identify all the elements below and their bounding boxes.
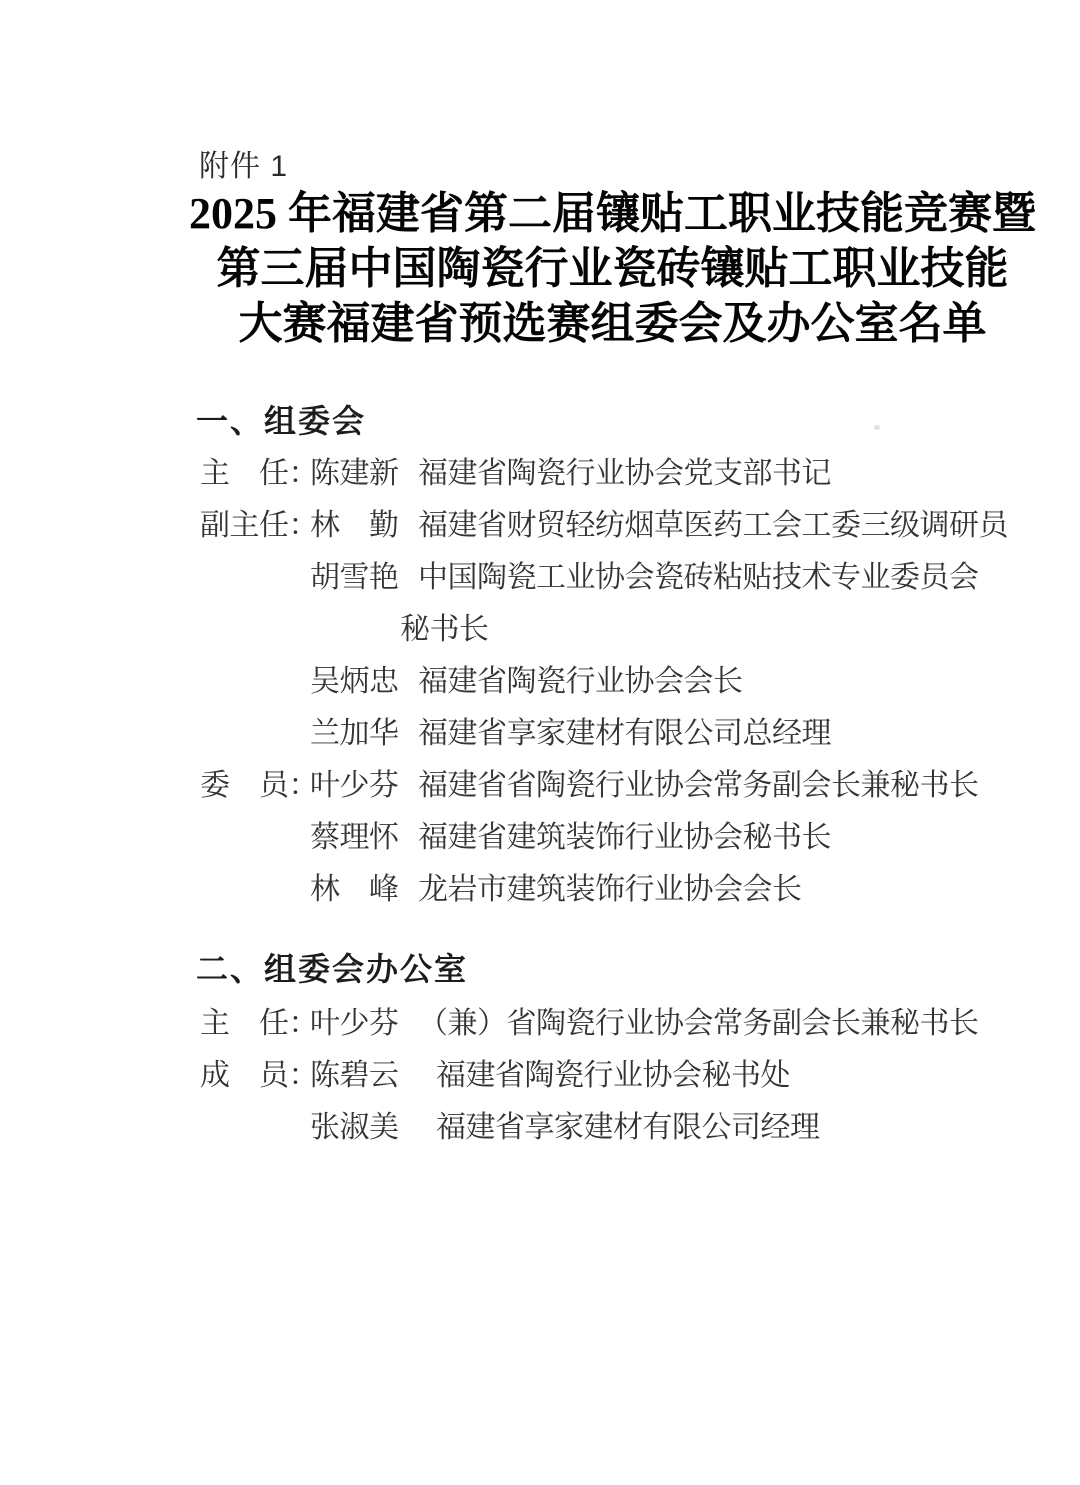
member-description: 中国陶瓷工业协会瓷砖粘贴技术专业委员会	[418, 552, 979, 596]
member-row: 吴炳忠 福建省陶瓷行业协会会长	[200, 656, 1060, 708]
role-label: 主 任：	[200, 448, 310, 492]
member-description: 福建省陶瓷行业协会会长	[418, 656, 743, 700]
document-title-line-1: 2025 年福建省第二届镶贴工职业技能竞赛暨	[185, 186, 1040, 241]
member-row: 林 峰 龙岩市建筑装饰行业协会会长	[200, 864, 1060, 916]
member-description: 福建省陶瓷行业协会秘书处	[436, 1050, 790, 1094]
member-name: 张淑美	[310, 1102, 436, 1146]
member-row: 主 任： 陈建新 福建省陶瓷行业协会党支部书记	[200, 448, 1060, 500]
member-description-continued: 秘书长	[400, 604, 489, 648]
member-row: 蔡理怀 福建省建筑装饰行业协会秘书长	[200, 812, 1060, 864]
member-name: 陈建新	[310, 448, 418, 492]
member-description: 福建省享家建材有限公司经理	[436, 1102, 820, 1146]
member-description: 福建省建筑装饰行业协会秘书长	[418, 812, 831, 856]
member-row: 主 任： 叶少芬 （兼）省陶瓷行业协会常务副会长兼秘书长	[200, 998, 1060, 1050]
attachment-label: 附件 1	[199, 141, 288, 185]
member-row: 胡雪艳 中国陶瓷工业协会瓷砖粘贴技术专业委员会	[200, 552, 1060, 604]
member-description: 龙岩市建筑装饰行业协会会长	[418, 864, 802, 908]
member-row: 委 员： 叶少芬 福建省省陶瓷行业协会常务副会长兼秘书长	[200, 760, 1060, 812]
document-page: 附件 1 2025 年福建省第二届镶贴工职业技能竞赛暨 第三届中国陶瓷行业瓷砖镶…	[0, 0, 1080, 1485]
member-row: 张淑美 福建省享家建材有限公司经理	[200, 1102, 1060, 1154]
member-description: （兼）省陶瓷行业协会常务副会长兼秘书长	[418, 998, 979, 1042]
member-description: 福建省享家建材有限公司总经理	[418, 708, 831, 752]
member-name: 蔡理怀	[310, 812, 418, 856]
member-row-continuation: 秘书长	[200, 604, 1060, 656]
document-title: 2025 年福建省第二届镶贴工职业技能竞赛暨 第三届中国陶瓷行业瓷砖镶贴工职业技…	[185, 186, 1040, 351]
role-label: 委 员：	[200, 760, 310, 804]
document-title-line-3: 大赛福建省预选赛组委会及办公室名单	[185, 296, 1040, 351]
role-label: 副主任：	[200, 500, 310, 544]
member-description: 福建省陶瓷行业协会党支部书记	[418, 448, 831, 492]
member-name: 林 峰	[310, 864, 418, 908]
document-title-line-2: 第三届中国陶瓷行业瓷砖镶贴工职业技能	[185, 241, 1040, 296]
member-name: 叶少芬	[310, 998, 418, 1042]
member-row: 兰加华 福建省享家建材有限公司总经理	[200, 708, 1060, 760]
member-description: 福建省财贸轻纺烟草医药工会工委三级调研员	[418, 500, 1008, 544]
member-name: 胡雪艳	[310, 552, 418, 596]
member-row: 成 员： 陈碧云 福建省陶瓷行业协会秘书处	[200, 1050, 1060, 1102]
member-description: 福建省省陶瓷行业协会常务副会长兼秘书长	[418, 760, 979, 804]
member-name: 吴炳忠	[310, 656, 418, 700]
section-heading-committee: 一、组委会	[196, 396, 366, 442]
member-name: 叶少芬	[310, 760, 418, 804]
committee-member-list: 主 任： 陈建新 福建省陶瓷行业协会党支部书记 副主任： 林 勤 福建省财贸轻纺…	[200, 448, 1060, 916]
member-row: 副主任： 林 勤 福建省财贸轻纺烟草医药工会工委三级调研员	[200, 500, 1060, 552]
member-name: 陈碧云	[310, 1050, 436, 1094]
role-label: 主 任：	[200, 998, 310, 1042]
office-member-list: 主 任： 叶少芬 （兼）省陶瓷行业协会常务副会长兼秘书长 成 员： 陈碧云 福建…	[200, 998, 1060, 1154]
scan-speckle-artifact	[874, 425, 880, 430]
section-heading-office: 二、组委会办公室	[196, 944, 468, 990]
member-name: 兰加华	[310, 708, 418, 752]
role-label: 成 员：	[200, 1050, 310, 1094]
member-name: 林 勤	[310, 500, 418, 544]
